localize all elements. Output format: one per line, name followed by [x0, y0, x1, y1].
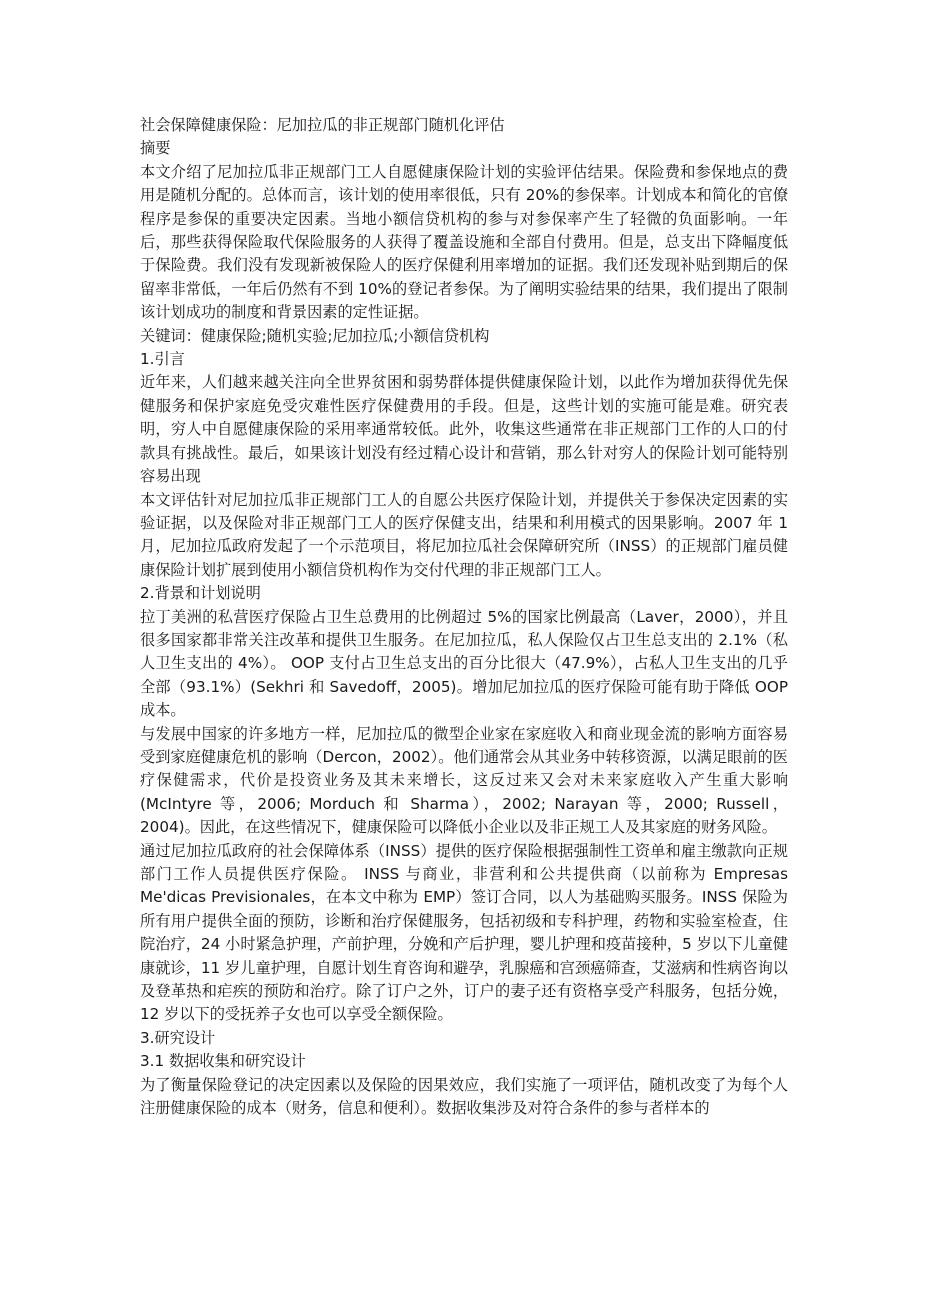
abstract-paragraph: 本文介绍了尼加拉瓜非正规部门工人自愿健康保险计划的实验评估结果。保险费和参保地点…: [140, 161, 788, 325]
document-page: 社会保障健康保险：尼加拉瓜的非正规部门随机化评估 摘要 本文介绍了尼加拉瓜非正规…: [140, 114, 788, 1120]
paragraph: 与发展中国家的许多地方一样，尼加拉瓜的微型企业家在家庭收入和商业现金流的影响方面…: [140, 723, 788, 840]
section-heading-background: 2.背景和计划说明: [140, 582, 788, 605]
subsection-heading-data-collection: 3.1 数据收集和研究设计: [140, 1050, 788, 1073]
paragraph: 通过尼加拉瓜政府的社会保障体系（INSS）提供的医疗保险根据强制性工资单和雇主缴…: [140, 840, 788, 1027]
document-title: 社会保障健康保险：尼加拉瓜的非正规部门随机化评估: [140, 114, 788, 137]
paragraph: 近年来，人们越来越关注向全世界贫困和弱势群体提供健康保险计划，以此作为增加获得优…: [140, 371, 788, 488]
section-heading-introduction: 1.引言: [140, 348, 788, 371]
keywords: 关键词：健康保险;随机实验;尼加拉瓜;小额信贷机构: [140, 325, 788, 348]
paragraph: 本文评估针对尼加拉瓜非正规部门工人的自愿公共医疗保险计划，并提供关于参保决定因素…: [140, 489, 788, 583]
section-heading-research-design: 3.研究设计: [140, 1027, 788, 1050]
abstract-heading: 摘要: [140, 137, 788, 160]
paragraph: 为了衡量保险登记的决定因素以及保险的因果效应，我们实施了一项评估，随机改变了为每…: [140, 1074, 788, 1121]
paragraph: 拉丁美洲的私营医疗保险占卫生总费用的比例超过 5%的国家比例最高（Laver，2…: [140, 606, 788, 723]
